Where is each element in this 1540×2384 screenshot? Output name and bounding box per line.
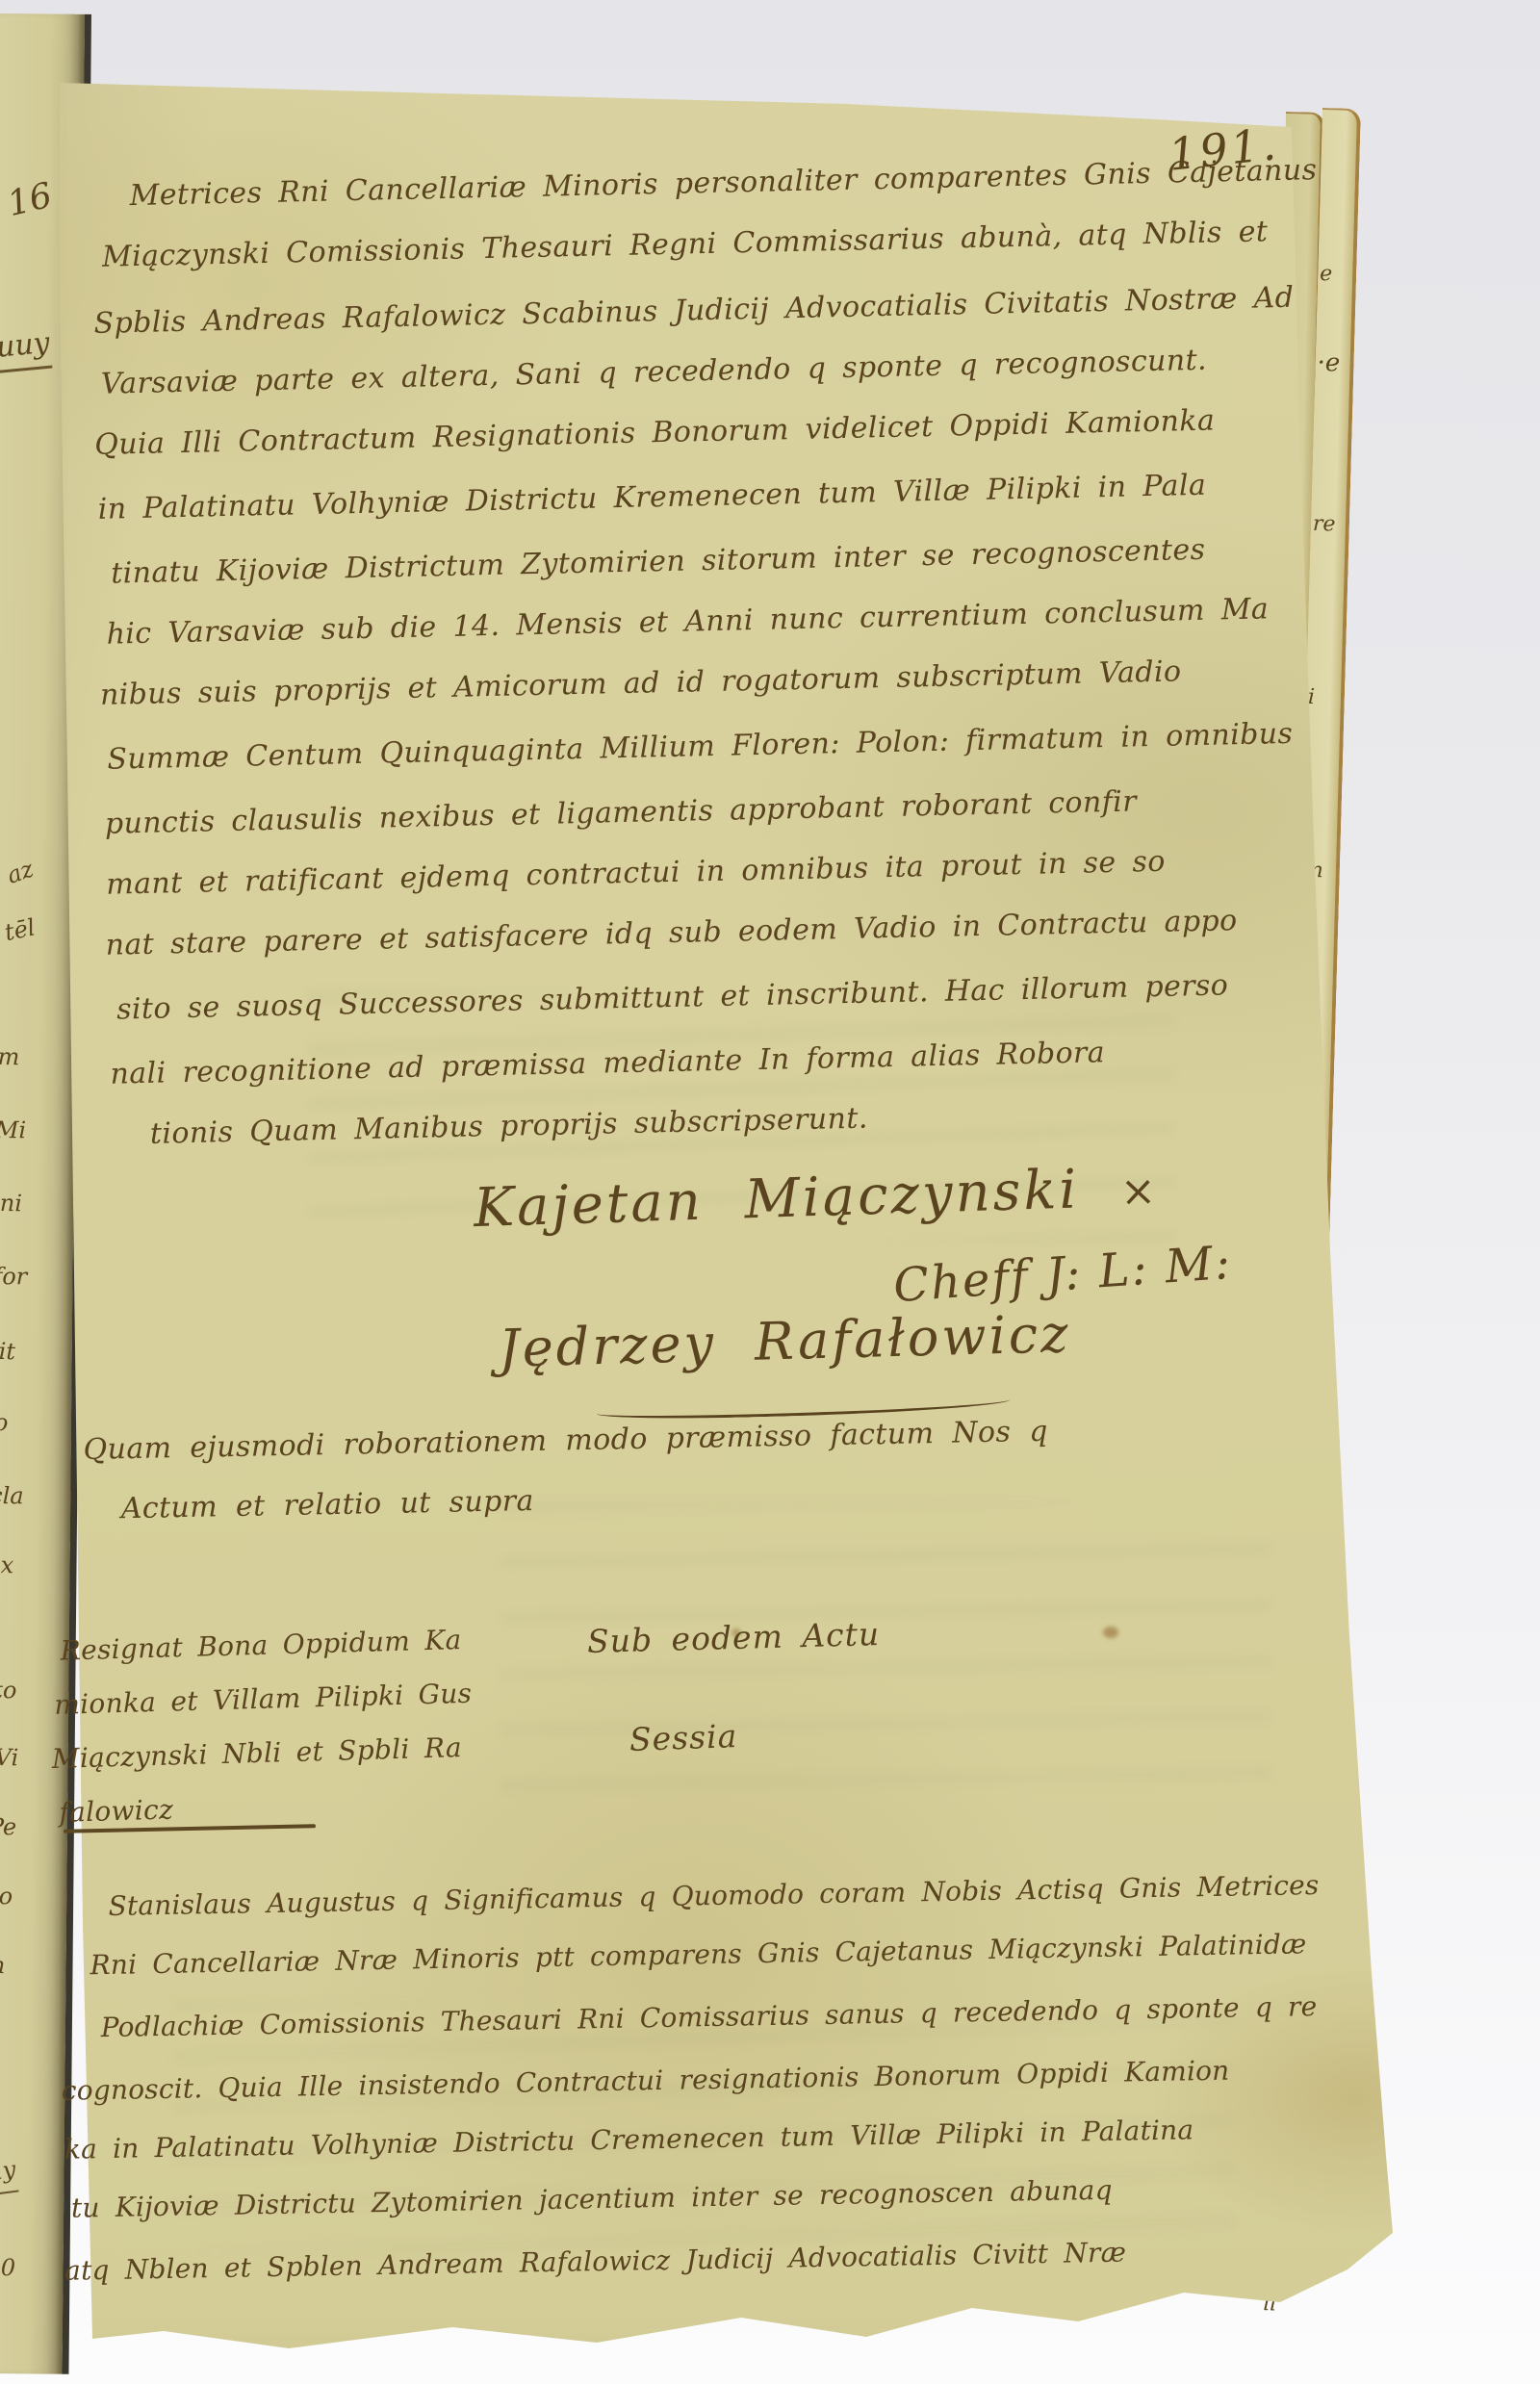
text-fragment: to <box>0 1679 16 1702</box>
text-fragment: tēl <box>3 915 38 944</box>
sessia-note: Sessia <box>629 1717 738 1758</box>
text-fragment: Mi <box>0 1118 26 1141</box>
signature-mark: × <box>1119 1166 1159 1217</box>
text-fragment: it <box>0 1340 15 1363</box>
text-fragment: Pe <box>0 1815 16 1838</box>
text-fragment: cla <box>0 1484 24 1507</box>
main-entry-text: Metrices Rni Cancellariæ Minoris persona… <box>89 139 1330 1166</box>
text-fragment: e <box>1320 264 1333 285</box>
text-fragment: m <box>0 1045 19 1068</box>
text-fragment: m <box>0 1954 5 1977</box>
text-fragment: thy <box>0 2158 18 2197</box>
text-fragment: for <box>0 1265 27 1288</box>
sub-eodem-actu-note: Sub eodem Actu <box>587 1615 881 1660</box>
text-fragment: ·e <box>1317 350 1340 376</box>
text-fragment: az <box>4 857 36 887</box>
text-fragment: o <box>0 1411 9 1434</box>
text-fragment: ex <box>0 1553 13 1577</box>
text-fragment: co <box>0 1884 13 1908</box>
archival-photograph: 16uuyaztēlmMiiniforitoclaexbtoViPecomthy… <box>0 0 1540 2384</box>
right-edge-fragments: e·ereimo:uaJu:deq:Jetg3Taa:arWil <box>1322 110 1357 111</box>
text-fragment: 16 <box>5 178 56 222</box>
royal-entry-text: Stanislaus Augustus q Significamus q Quo… <box>50 1855 1347 2301</box>
roboration-note: Quam ejusmodi roborationem modo præmisso… <box>83 1399 1192 1540</box>
text-fragment: ini <box>0 1192 22 1215</box>
text-fragment: Vi <box>0 1746 18 1769</box>
left-edge-fragments: 16uuyaztēlmMiiniforitoclaexbtoViPecomthy… <box>0 13 85 14</box>
marginal-summary-note: Resignat Bona Oppidum Kamionka et Villam… <box>48 1612 516 1840</box>
text-fragment: 10 <box>0 2256 15 2279</box>
ink-stain <box>1103 1627 1118 1638</box>
text-fragment: uuy <box>0 329 52 373</box>
